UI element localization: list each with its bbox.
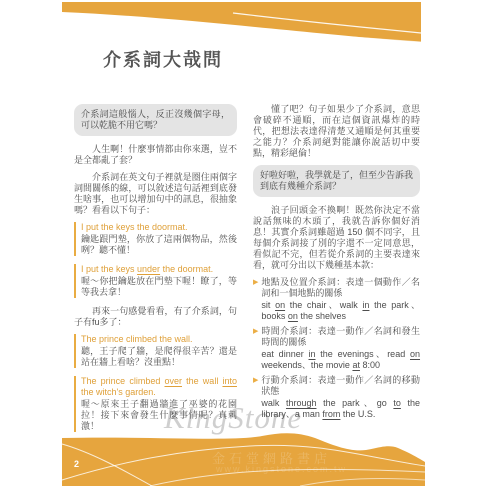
paragraph-understand: 懂了吧？句子如果少了介系詞，意思會破碎不通順，而在這個資訊爆炸的時代，把想法表達… [253, 104, 420, 159]
paragraph-more: 再來一句感覺看看，有了介系詞，句子有fu多了： [74, 306, 237, 328]
triangle-bullet-icon: ▶ [253, 277, 258, 322]
left-column: 介系詞這般惱人，反正沒幾個字母，可以乾脆不用它嗎？ 人生啊！什麼事情都由你來選，… [74, 104, 237, 440]
right-column: 懂了吧？句子如果少了介系詞，意思會破碎不通順，而在這個資訊爆炸的時代，把想法表達… [253, 104, 420, 424]
list-item: ▶ 地點及位置介系詞：表達一個動作／名詞和一個地點的關係 sit on the … [253, 277, 420, 322]
bullet-label: 地點及位置介系詞：表達一個動作／名詞和一個地點的關係 [261, 277, 420, 299]
bullet-label: 時間介系詞：表達一動作／名詞和發生時間的關係 [261, 326, 420, 348]
list-item-content: 時間介系詞：表達一動作／名詞和發生時間的關係 eat dinner in the… [261, 326, 420, 371]
example-block-2: I put the keys under the doormat. 喔～你把鑰匙… [74, 264, 237, 298]
page-number: 2 [74, 459, 79, 469]
paragraph-intro: 介系詞在英文句子裡就是圈住兩個字詞間關係的線，可以敘述這句話裡到底發生啥事，也可… [74, 172, 237, 216]
example-english: I put the keys under the doormat. [81, 264, 237, 275]
example-chinese: 鑰匙跟門墊，你放了這兩個物品，然後咧？聽不懂！ [81, 234, 237, 256]
page-title: 介系詞大哉問 [103, 46, 223, 72]
paragraph-answer: 浪子回頭金不換啊！既然你決定不當說話無味的木頭了，我就告訴你個好消息！其實介系詞… [253, 205, 420, 271]
example-chinese: 聽，王子爬了牆，是爬得很辛苦？還是站在牆上看啥？沒重點！ [81, 346, 237, 368]
top-band-shape [62, 2, 421, 42]
bullet-example: eat dinner in the evenings、read on weeke… [261, 349, 420, 371]
bullet-label: 行動介系詞：表達一動作／名詞的移動狀態 [261, 375, 420, 397]
example-english: I put the keys the doormat. [81, 222, 237, 233]
example-english: The prince climbed the wall. [81, 334, 237, 345]
triangle-bullet-icon: ▶ [253, 326, 258, 371]
question-highlight-box: 好啦好啦，我學就是了，但至少告訴我到底有幾種介系詞？ [253, 165, 420, 197]
list-item: ▶ 時間介系詞：表達一動作／名詞和發生時間的關係 eat dinner in t… [253, 326, 420, 371]
list-item: ▶ 行動介系詞：表達一動作／名詞的移動狀態 walk through the p… [253, 375, 420, 420]
bullet-example: walk through the park、go to the library、… [261, 398, 420, 420]
book-page-photo: 介系詞大哉問 KingStone 介系詞這般惱人，反正沒幾個字母，可以乾脆不用它… [0, 0, 486, 486]
example-chinese: 喔～原來王子翻過牆進了巫婆的花園拉！接下來會發生什麼事情呢？真刺激！ [81, 399, 237, 432]
list-item-content: 地點及位置介系詞：表達一個動作／名詞和一個地點的關係 sit on the ch… [261, 277, 420, 322]
question-highlight-box: 介系詞這般惱人，反正沒幾個字母，可以乾脆不用它嗎？ [74, 104, 237, 136]
bookstore-watermark-url: www.kingstone.com.tw [216, 464, 347, 474]
example-chinese: 喔～你把鑰匙放在門墊下喔！瞭了，等等我去拿！ [81, 276, 237, 298]
bullet-example: sit on the chair、walk in the park、books … [261, 300, 420, 322]
example-english: The prince climbed over the wall into th… [81, 376, 237, 398]
top-wave-decoration [0, 0, 486, 60]
paragraph-life: 人生啊！什麼事情都由你來選，豈不是全都亂了套？ [74, 144, 237, 166]
example-block-1: I put the keys the doormat. 鑰匙跟門墊，你放了這兩個… [74, 222, 237, 256]
list-item-content: 行動介系詞：表達一動作／名詞的移動狀態 walk through the par… [261, 375, 420, 420]
example-block-3: The prince climbed the wall. 聽，王子爬了牆，是爬得… [74, 334, 237, 368]
example-block-4: The prince climbed over the wall into th… [74, 376, 237, 432]
triangle-bullet-icon: ▶ [253, 375, 258, 420]
preposition-type-list: ▶ 地點及位置介系詞：表達一個動作／名詞和一個地點的關係 sit on the … [253, 277, 420, 420]
